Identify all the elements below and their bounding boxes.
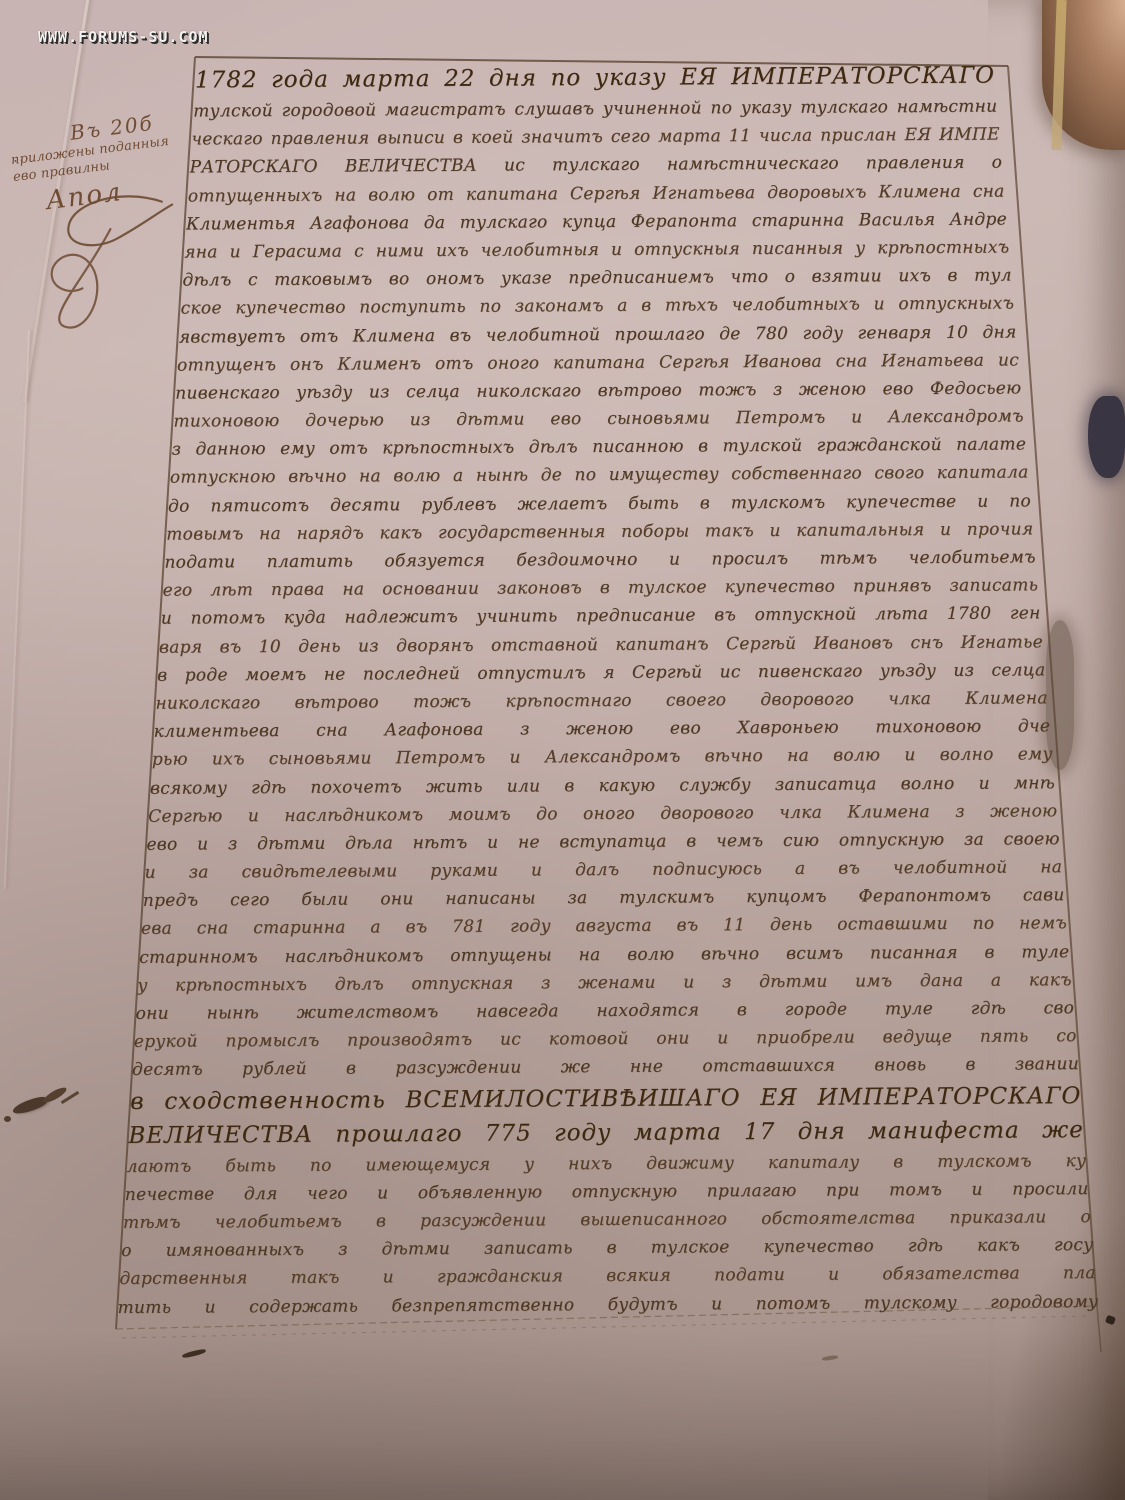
- manuscript-line: ское купечество поступить по законамъ а …: [181, 290, 1015, 323]
- manuscript-line: ВЕЛИЧЕСТВА прошлаго 775 году марта 17 дн…: [128, 1113, 1084, 1153]
- ink-smudge: [4, 1116, 11, 1122]
- watermark: WWW.FORUMS-SU.COM: [38, 28, 209, 46]
- manuscript-line: 1782 года марта 22 дня по указу ЕЯ ИМПЕР…: [195, 59, 995, 98]
- ink-dots: ··: [12, 153, 27, 170]
- signature-flourish: [11, 177, 236, 348]
- manuscript-line: РАТОРСКАГО ВЕЛИЧЕСТВА ис тулскаго намѣст…: [190, 149, 1003, 182]
- photo-vignette: [0, 1330, 1125, 1500]
- photo-root: 1782 года марта 22 дня по указу ЕЯ ИМПЕР…: [0, 0, 1125, 1500]
- manuscript-line: в сходственность ВСЕМИЛОСТИВѢИШАГО ЕЯ ИМ…: [130, 1079, 1081, 1119]
- manuscript-line: тить и содержать безпрепятственно будутъ…: [118, 1288, 1099, 1322]
- manuscript-text-block: 1782 года марта 22 дня по указу ЕЯ ИМПЕР…: [195, 61, 1015, 1319]
